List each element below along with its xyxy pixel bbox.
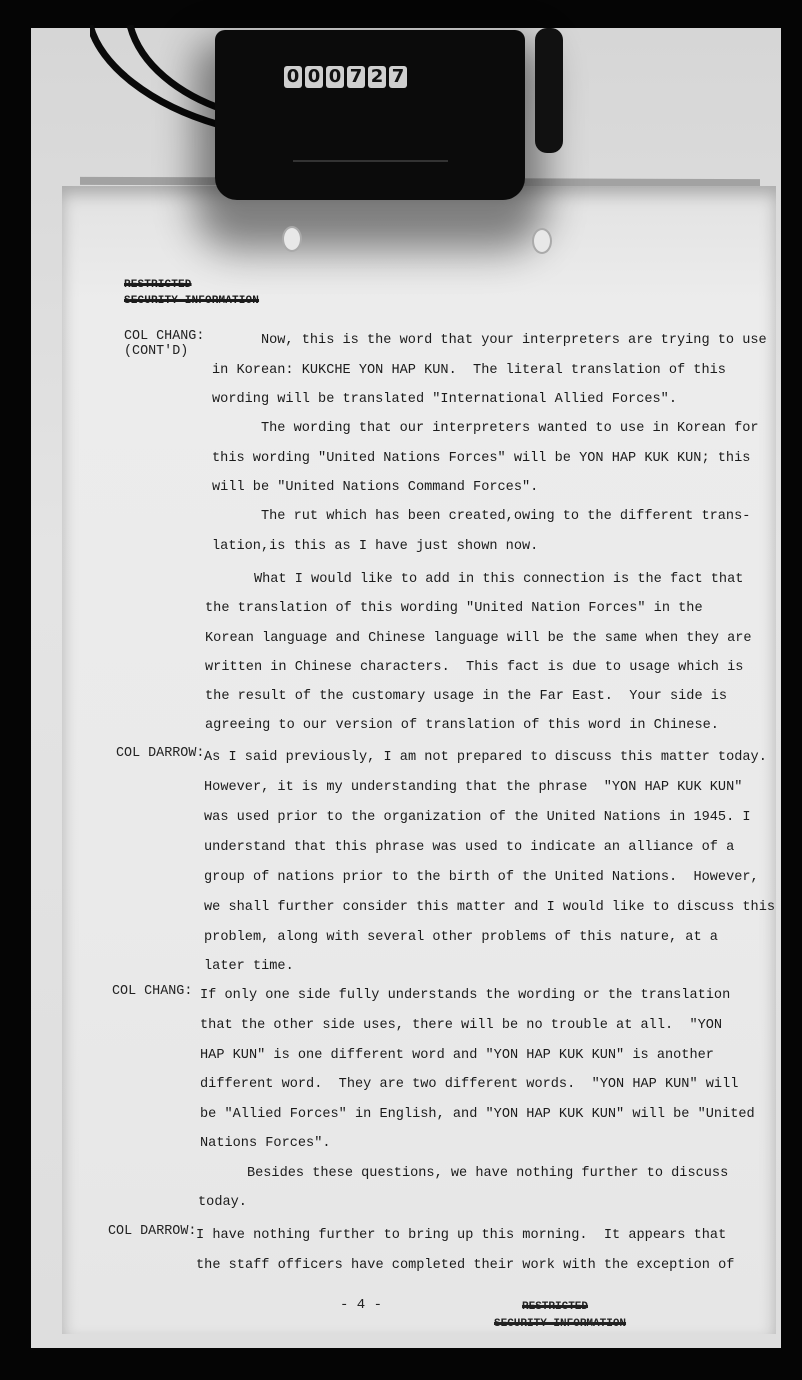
transcript-line: The wording that our interpreters wanted… (212, 421, 759, 436)
speaker-label: COL DARROW: (116, 746, 204, 761)
transcript-line: later time. (204, 959, 294, 974)
transcript-line: we shall further consider this matter an… (204, 900, 775, 915)
transcript-line: Besides these questions, we have nothing… (198, 1166, 728, 1181)
counter-digit: 7 (347, 66, 365, 88)
frame-counter-device (215, 30, 525, 200)
transcript-line: However, it is my understanding that the… (204, 780, 742, 795)
transcript-line: wording will be translated "Internationa… (212, 392, 677, 407)
transcript-line: HAP KUN" is one different word and "YON … (200, 1048, 714, 1063)
transcript-line: agreeing to our version of translation o… (205, 718, 719, 733)
counter-digit: 0 (305, 66, 323, 88)
counter-digit: 0 (284, 66, 302, 88)
counter-cable-icon (90, 25, 230, 155)
counter-digit: 2 (368, 66, 386, 88)
counter-slot (293, 160, 448, 174)
transcript-line: Nations Forces". (200, 1136, 331, 1151)
transcript-line: today. (198, 1195, 247, 1210)
punch-hole (532, 228, 552, 254)
transcript-line: As I said previously, I am not prepared … (204, 750, 767, 765)
transcript-line: was used prior to the organization of th… (204, 810, 751, 825)
transcript-line: be "Allied Forces" in English, and "YON … (200, 1107, 755, 1122)
frame-counter-digits: 0 0 0 7 2 7 (284, 66, 407, 88)
transcript-line: group of nations prior to the birth of t… (204, 870, 759, 885)
transcript-line: different word. They are two different w… (200, 1077, 738, 1092)
transcript-line: The rut which has been created,owing to … (212, 509, 750, 524)
classification-marking-security: SECURITY INFORMATION (124, 295, 259, 307)
transcript-line: If only one side fully understands the w… (200, 988, 730, 1003)
classification-marking-restricted: RESTRICTED (124, 279, 192, 291)
transcript-line: the translation of this wording "United … (205, 601, 703, 616)
transcript-line: lation,is this as I have just shown now. (212, 539, 538, 554)
footer-marking-security: SECURITY INFORMATION (494, 1318, 626, 1330)
transcript-line: problem, along with several other proble… (204, 930, 718, 945)
counter-digit: 7 (389, 66, 407, 88)
transcript-line: understand that this phrase was used to … (204, 840, 734, 855)
transcript-line: in Korean: KUKCHE YON HAP KUN. The liter… (212, 363, 726, 378)
speaker-continued-note: (CONT'D) (124, 344, 188, 359)
transcript-line: What I would like to add in this connect… (205, 572, 743, 587)
transcript-line: will be "United Nations Command Forces". (212, 480, 538, 495)
transcript-line: Now, this is the word that your interpre… (212, 333, 767, 348)
transcript-line: written in Chinese characters. This fact… (205, 660, 743, 675)
transcript-line: the result of the customary usage in the… (205, 689, 727, 704)
page-number: - 4 - (340, 1297, 382, 1313)
transcript-line: the staff officers have completed their … (196, 1258, 734, 1273)
speaker-label: COL CHANG: (124, 329, 204, 344)
transcript-line: Korean language and Chinese language wil… (205, 631, 752, 646)
speaker-label: COL DARROW: (108, 1224, 196, 1239)
speaker-label: COL CHANG: (112, 984, 192, 999)
counter-knob (535, 28, 563, 153)
counter-digit: 0 (326, 66, 344, 88)
transcript-line: I have nothing further to bring up this … (196, 1228, 726, 1243)
transcript-line: that the other side uses, there will be … (200, 1018, 722, 1033)
transcript-line: this wording "United Nations Forces" wil… (212, 451, 750, 466)
footer-marking-restricted: RESTRICTED (522, 1301, 588, 1313)
punch-hole (282, 226, 302, 252)
